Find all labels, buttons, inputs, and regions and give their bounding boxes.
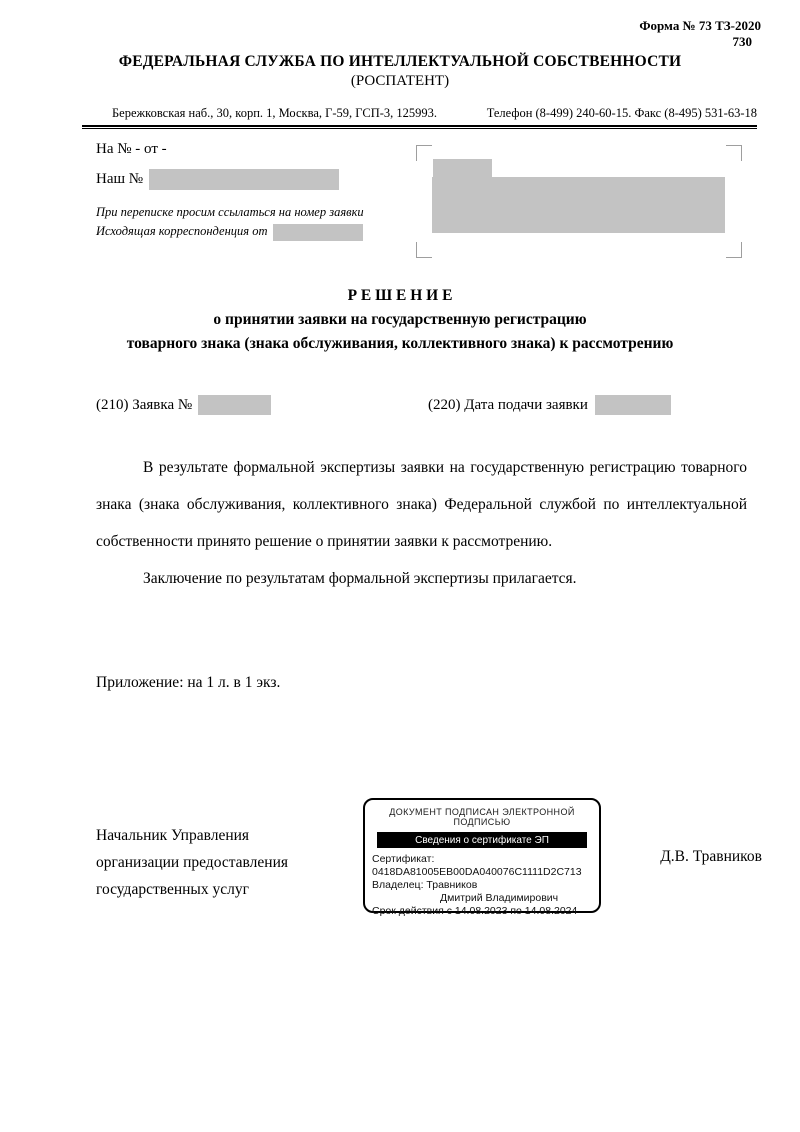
body-paragraph-1: В результате формальной экспертизы заявк… [96, 450, 747, 561]
stamp-cert-number: 0418DA81005EB00DA040076C1111D2C713 [372, 866, 592, 879]
reference-block: На № - от - Наш № При переписке просим с… [96, 141, 396, 242]
corner-mark-bottom-right [726, 242, 742, 258]
redacted-application-number [198, 395, 271, 415]
corner-mark-top-left [416, 145, 432, 161]
reference-notes: При переписке просим ссылаться на номер … [96, 203, 396, 242]
decision-body: В результате формальной экспертизы заявк… [96, 450, 747, 598]
stamp-owner-line2: Дмитрий Владимирович [372, 892, 592, 905]
signer-name: Д.В. Травников [660, 848, 762, 866]
corner-mark-top-right [726, 145, 742, 161]
org-name: ФЕДЕРАЛЬНАЯ СЛУЖБА ПО ИНТЕЛЛЕКТУАЛЬНОЙ С… [0, 53, 800, 71]
redacted-filing-date [595, 395, 671, 415]
form-number: Форма № 73 ТЗ-2020 [639, 18, 761, 34]
decision-title: Р Е Ш Е Н И Е о принятии заявки на госуд… [0, 284, 800, 356]
electronic-signature-stamp: ДОКУМЕНТ ПОДПИСАН ЭЛЕКТРОННОЙ ПОДПИСЬЮ С… [363, 798, 601, 913]
note-line2-row: Исходящая корреспонденция от [96, 222, 396, 241]
signer-position-line2: организации предоставления [96, 849, 346, 876]
note-line1: При переписке просим ссылаться на номер … [96, 203, 396, 222]
incoming-ref-label: На № - от - [96, 141, 396, 158]
header-divider [82, 125, 757, 129]
decision-title-line1: Р Е Ш Е Н И Е [0, 284, 800, 308]
form-number-block: Форма № 73 ТЗ-2020 730 [639, 18, 761, 49]
stamp-validity: Срок действия с 14.08.2023 по 14.08.2024 [372, 905, 592, 918]
org-short-name: (РОСПАТЕНТ) [0, 73, 800, 90]
decision-title-line3: товарного знака (знака обслуживания, кол… [0, 332, 800, 356]
application-number-field: (210) Заявка № [96, 395, 271, 415]
signer-position: Начальник Управления организации предост… [96, 822, 346, 903]
filing-date-field: (220) Дата подачи заявки [428, 395, 671, 415]
redacted-addressee-main [432, 177, 725, 233]
decision-title-line2: о принятии заявки на государственную рег… [0, 308, 800, 332]
signer-position-line3: государственных услуг [96, 876, 346, 903]
body-paragraph-2: Заключение по результатам формальной экс… [96, 561, 747, 598]
redacted-addressee-top [433, 159, 492, 178]
addressee-window [416, 145, 742, 258]
our-number-label: Наш № [96, 171, 143, 188]
document-page: Форма № 73 ТЗ-2020 730 ФЕДЕРАЛЬНАЯ СЛУЖБ… [0, 0, 800, 1132]
filing-date-label: (220) Дата подачи заявки [428, 397, 588, 414]
stamp-cert-label: Сертификат: [372, 853, 592, 866]
stamp-owner-line1: Владелец: Травников [372, 879, 592, 892]
attachment-note: Приложение: на 1 л. в 1 экз. [96, 674, 280, 692]
note-line2: Исходящая корреспонденция от [96, 222, 268, 241]
application-number-label: (210) Заявка № [96, 397, 192, 414]
form-code: 730 [639, 34, 761, 50]
redacted-outgoing-date [273, 224, 363, 241]
our-number-row: Наш № [96, 169, 396, 190]
signer-position-line1: Начальник Управления [96, 822, 346, 849]
org-address: Бережковская наб., 30, корп. 1, Москва, … [112, 106, 437, 121]
org-contacts: Телефон (8-499) 240-60-15. Факс (8-495) … [487, 106, 757, 121]
redacted-our-number [149, 169, 339, 190]
address-row: Бережковская наб., 30, корп. 1, Москва, … [82, 106, 757, 121]
stamp-certificate-bar: Сведения о сертификате ЭП [377, 832, 587, 848]
org-header: ФЕДЕРАЛЬНАЯ СЛУЖБА ПО ИНТЕЛЛЕКТУАЛЬНОЙ С… [0, 53, 800, 90]
stamp-header: ДОКУМЕНТ ПОДПИСАН ЭЛЕКТРОННОЙ ПОДПИСЬЮ [372, 807, 592, 827]
corner-mark-bottom-left [416, 242, 432, 258]
application-fields-row: (210) Заявка № (220) Дата подачи заявки [0, 395, 800, 419]
